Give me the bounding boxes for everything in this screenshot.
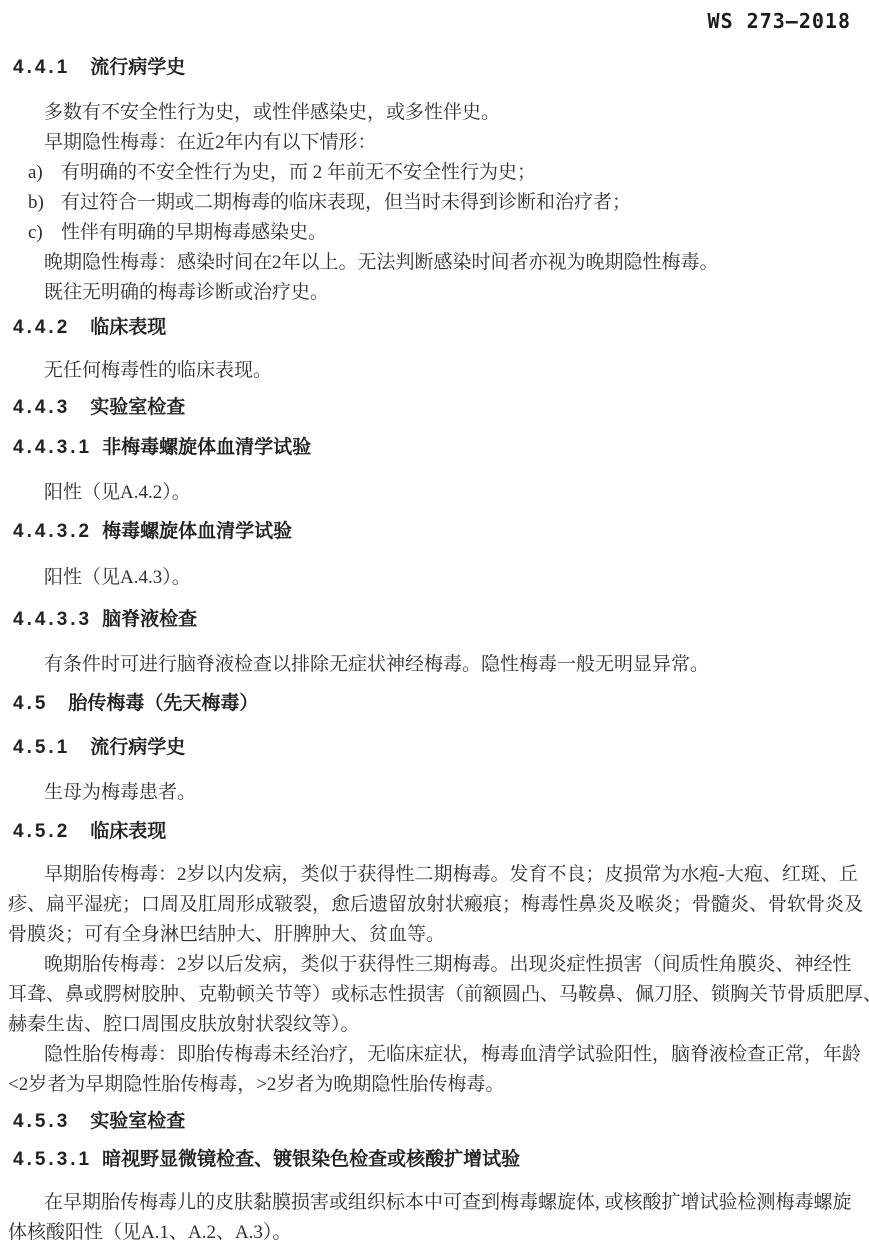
paragraph-line: 耳聋、鼻或腭树胶肿、克勒顿关节等）或标志性损害（前额圆凸、马鞍鼻、佩刀胫、锁胸关… <box>8 980 853 1010</box>
section-number: 4.5.3.1 <box>13 1149 92 1170</box>
paragraph-line: 早期胎传梅毒：2岁以内发病，类似于获得性二期梅毒。发育不良；皮损常为水疱-大疱、… <box>8 860 853 890</box>
paragraph-line: 阳性（见A.4.2）。 <box>8 478 853 508</box>
section-heading-4-5-2: 4.5.2临床表现 <box>8 820 853 844</box>
section-4-4-2-body: 无任何梅毒性的临床表现。 <box>8 356 853 386</box>
section-number: 4.5.3 <box>13 1111 70 1132</box>
section-4-4-3-1-body: 阳性（见A.4.2）。 <box>8 478 853 508</box>
section-4-4-3-3-body: 有条件时可进行脑脊液检查以排除无症状神经梅毒。隐性梅毒一般无明显异常。 <box>8 650 853 680</box>
section-heading-4-4-3-3: 4.4.3.3脑脊液检查 <box>8 608 853 632</box>
list-marker: b) <box>28 188 61 218</box>
section-title: 流行病学史 <box>90 737 185 758</box>
paragraph-line: 晚期胎传梅毒：2岁以后发病，类似于获得性三期梅毒。出现炎症性损害（间质性角膜炎、… <box>8 950 853 980</box>
document-page: WS 273—2018 4.4.1流行病学史 多数有不安全性行为史，或性伴感染史… <box>0 0 869 1245</box>
section-title: 临床表现 <box>90 317 166 338</box>
section-title: 实验室检查 <box>90 1111 185 1132</box>
section-number: 4.4.3.1 <box>13 437 92 458</box>
list-item-b: b)有过符合一期或二期梅毒的临床表现，但当时未得到诊断和治疗者； <box>8 188 853 218</box>
paragraph-line: 阳性（见A.4.3）。 <box>8 563 853 593</box>
section-4-5-2-body: 早期胎传梅毒：2岁以内发病，类似于获得性二期梅毒。发育不良；皮损常为水疱-大疱、… <box>8 860 853 1100</box>
list-item-a: a)有明确的不安全性行为史，而 2 年前无不安全性行为史； <box>8 158 853 188</box>
list-marker: c) <box>28 218 61 248</box>
section-heading-4-4-3-2: 4.4.3.2梅毒螺旋体血清学试验 <box>8 520 853 544</box>
paragraph-line: 无任何梅毒性的临床表现。 <box>8 356 853 386</box>
paragraph-line: <2岁者为早期隐性胎传梅毒，>2岁者为晚期隐性胎传梅毒。 <box>8 1070 853 1100</box>
section-heading-4-4-1: 4.4.1流行病学史 <box>8 56 853 80</box>
paragraph-line: 生母为梅毒患者。 <box>8 778 853 808</box>
section-title: 实验室检查 <box>90 397 185 418</box>
list-text: 有过符合一期或二期梅毒的临床表现，但当时未得到诊断和治疗者； <box>61 192 631 213</box>
page-header-standard-number: WS 273—2018 <box>8 10 853 32</box>
section-number: 4.5.2 <box>13 821 70 842</box>
section-title: 胎传梅毒（先天梅毒） <box>68 693 258 714</box>
section-number: 4.5 <box>13 693 48 714</box>
paragraph-line: 在早期胎传梅毒儿的皮肤黏膜损害或组织标本中可查到梅毒螺旋体, 或核酸扩增试验检测… <box>8 1188 853 1218</box>
section-heading-4-5-3: 4.5.3实验室检查 <box>8 1110 853 1134</box>
paragraph-line: 赫秦生齿、腔口周围皮肤放射状裂纹等）。 <box>8 1010 853 1040</box>
section-number: 4.4.2 <box>13 317 70 338</box>
section-4-4-1-body: 多数有不安全性行为史，或性伴感染史，或多性伴史。 早期隐性梅毒：在近2年内有以下… <box>8 98 853 308</box>
section-title: 暗视野显微镜检查、镀银染色检查或核酸扩增试验 <box>102 1149 520 1170</box>
section-heading-4-4-2: 4.4.2临床表现 <box>8 316 853 340</box>
list-marker: a) <box>28 158 61 188</box>
section-number: 4.5.1 <box>13 737 70 758</box>
section-number: 4.4.3.2 <box>13 521 92 542</box>
paragraph-line: 隐性胎传梅毒：即胎传梅毒未经治疗，无临床症状，梅毒血清学试验阳性，脑脊液检查正常… <box>8 1040 853 1070</box>
paragraph-line: 骨膜炎；可有全身淋巴结肿大、肝脾肿大、贫血等。 <box>8 920 853 950</box>
list-item-c: c)性伴有明确的早期梅毒感染史。 <box>8 218 853 248</box>
section-number: 4.4.3.3 <box>13 609 92 630</box>
paragraph-line: 早期隐性梅毒：在近2年内有以下情形： <box>8 128 853 158</box>
section-heading-4-5-3-1: 4.5.3.1暗视野显微镜检查、镀银染色检查或核酸扩增试验 <box>8 1148 853 1172</box>
section-number: 4.4.1 <box>13 57 70 78</box>
paragraph-line: 多数有不安全性行为史，或性伴感染史，或多性伴史。 <box>8 98 853 128</box>
section-title: 临床表现 <box>90 821 166 842</box>
section-heading-4-4-3: 4.4.3实验室检查 <box>8 396 853 420</box>
section-heading-4-4-3-1: 4.4.3.1非梅毒螺旋体血清学试验 <box>8 436 853 460</box>
section-4-5-1-body: 生母为梅毒患者。 <box>8 778 853 808</box>
section-title: 脑脊液检查 <box>102 609 197 630</box>
list-text: 有明确的不安全性行为史，而 2 年前无不安全性行为史； <box>61 162 536 183</box>
paragraph-line: 疹、扁平湿疣；口周及肛周形成皲裂，愈后遗留放射状瘢痕；梅毒性鼻炎及喉炎；骨髓炎、… <box>8 890 853 920</box>
paragraph-line: 体核酸阳性（见A.1、A.2、A.3）。 <box>8 1218 853 1245</box>
section-title: 非梅毒螺旋体血清学试验 <box>102 437 311 458</box>
paragraph-line: 有条件时可进行脑脊液检查以排除无症状神经梅毒。隐性梅毒一般无明显异常。 <box>8 650 853 680</box>
list-text: 性伴有明确的早期梅毒感染史。 <box>61 222 327 243</box>
section-number: 4.4.3 <box>13 397 70 418</box>
section-4-4-3-2-body: 阳性（见A.4.3）。 <box>8 563 853 593</box>
section-4-5-3-1-body: 在早期胎传梅毒儿的皮肤黏膜损害或组织标本中可查到梅毒螺旋体, 或核酸扩增试验检测… <box>8 1188 853 1245</box>
section-title: 梅毒螺旋体血清学试验 <box>102 521 292 542</box>
paragraph-line: 晚期隐性梅毒：感染时间在2年以上。无法判断感染时间者亦视为晚期隐性梅毒。 <box>8 248 853 278</box>
section-heading-4-5-1: 4.5.1流行病学史 <box>8 736 853 760</box>
section-title: 流行病学史 <box>90 57 185 78</box>
section-heading-4-5: 4.5胎传梅毒（先天梅毒） <box>8 692 853 716</box>
paragraph-line: 既往无明确的梅毒诊断或治疗史。 <box>8 278 853 308</box>
